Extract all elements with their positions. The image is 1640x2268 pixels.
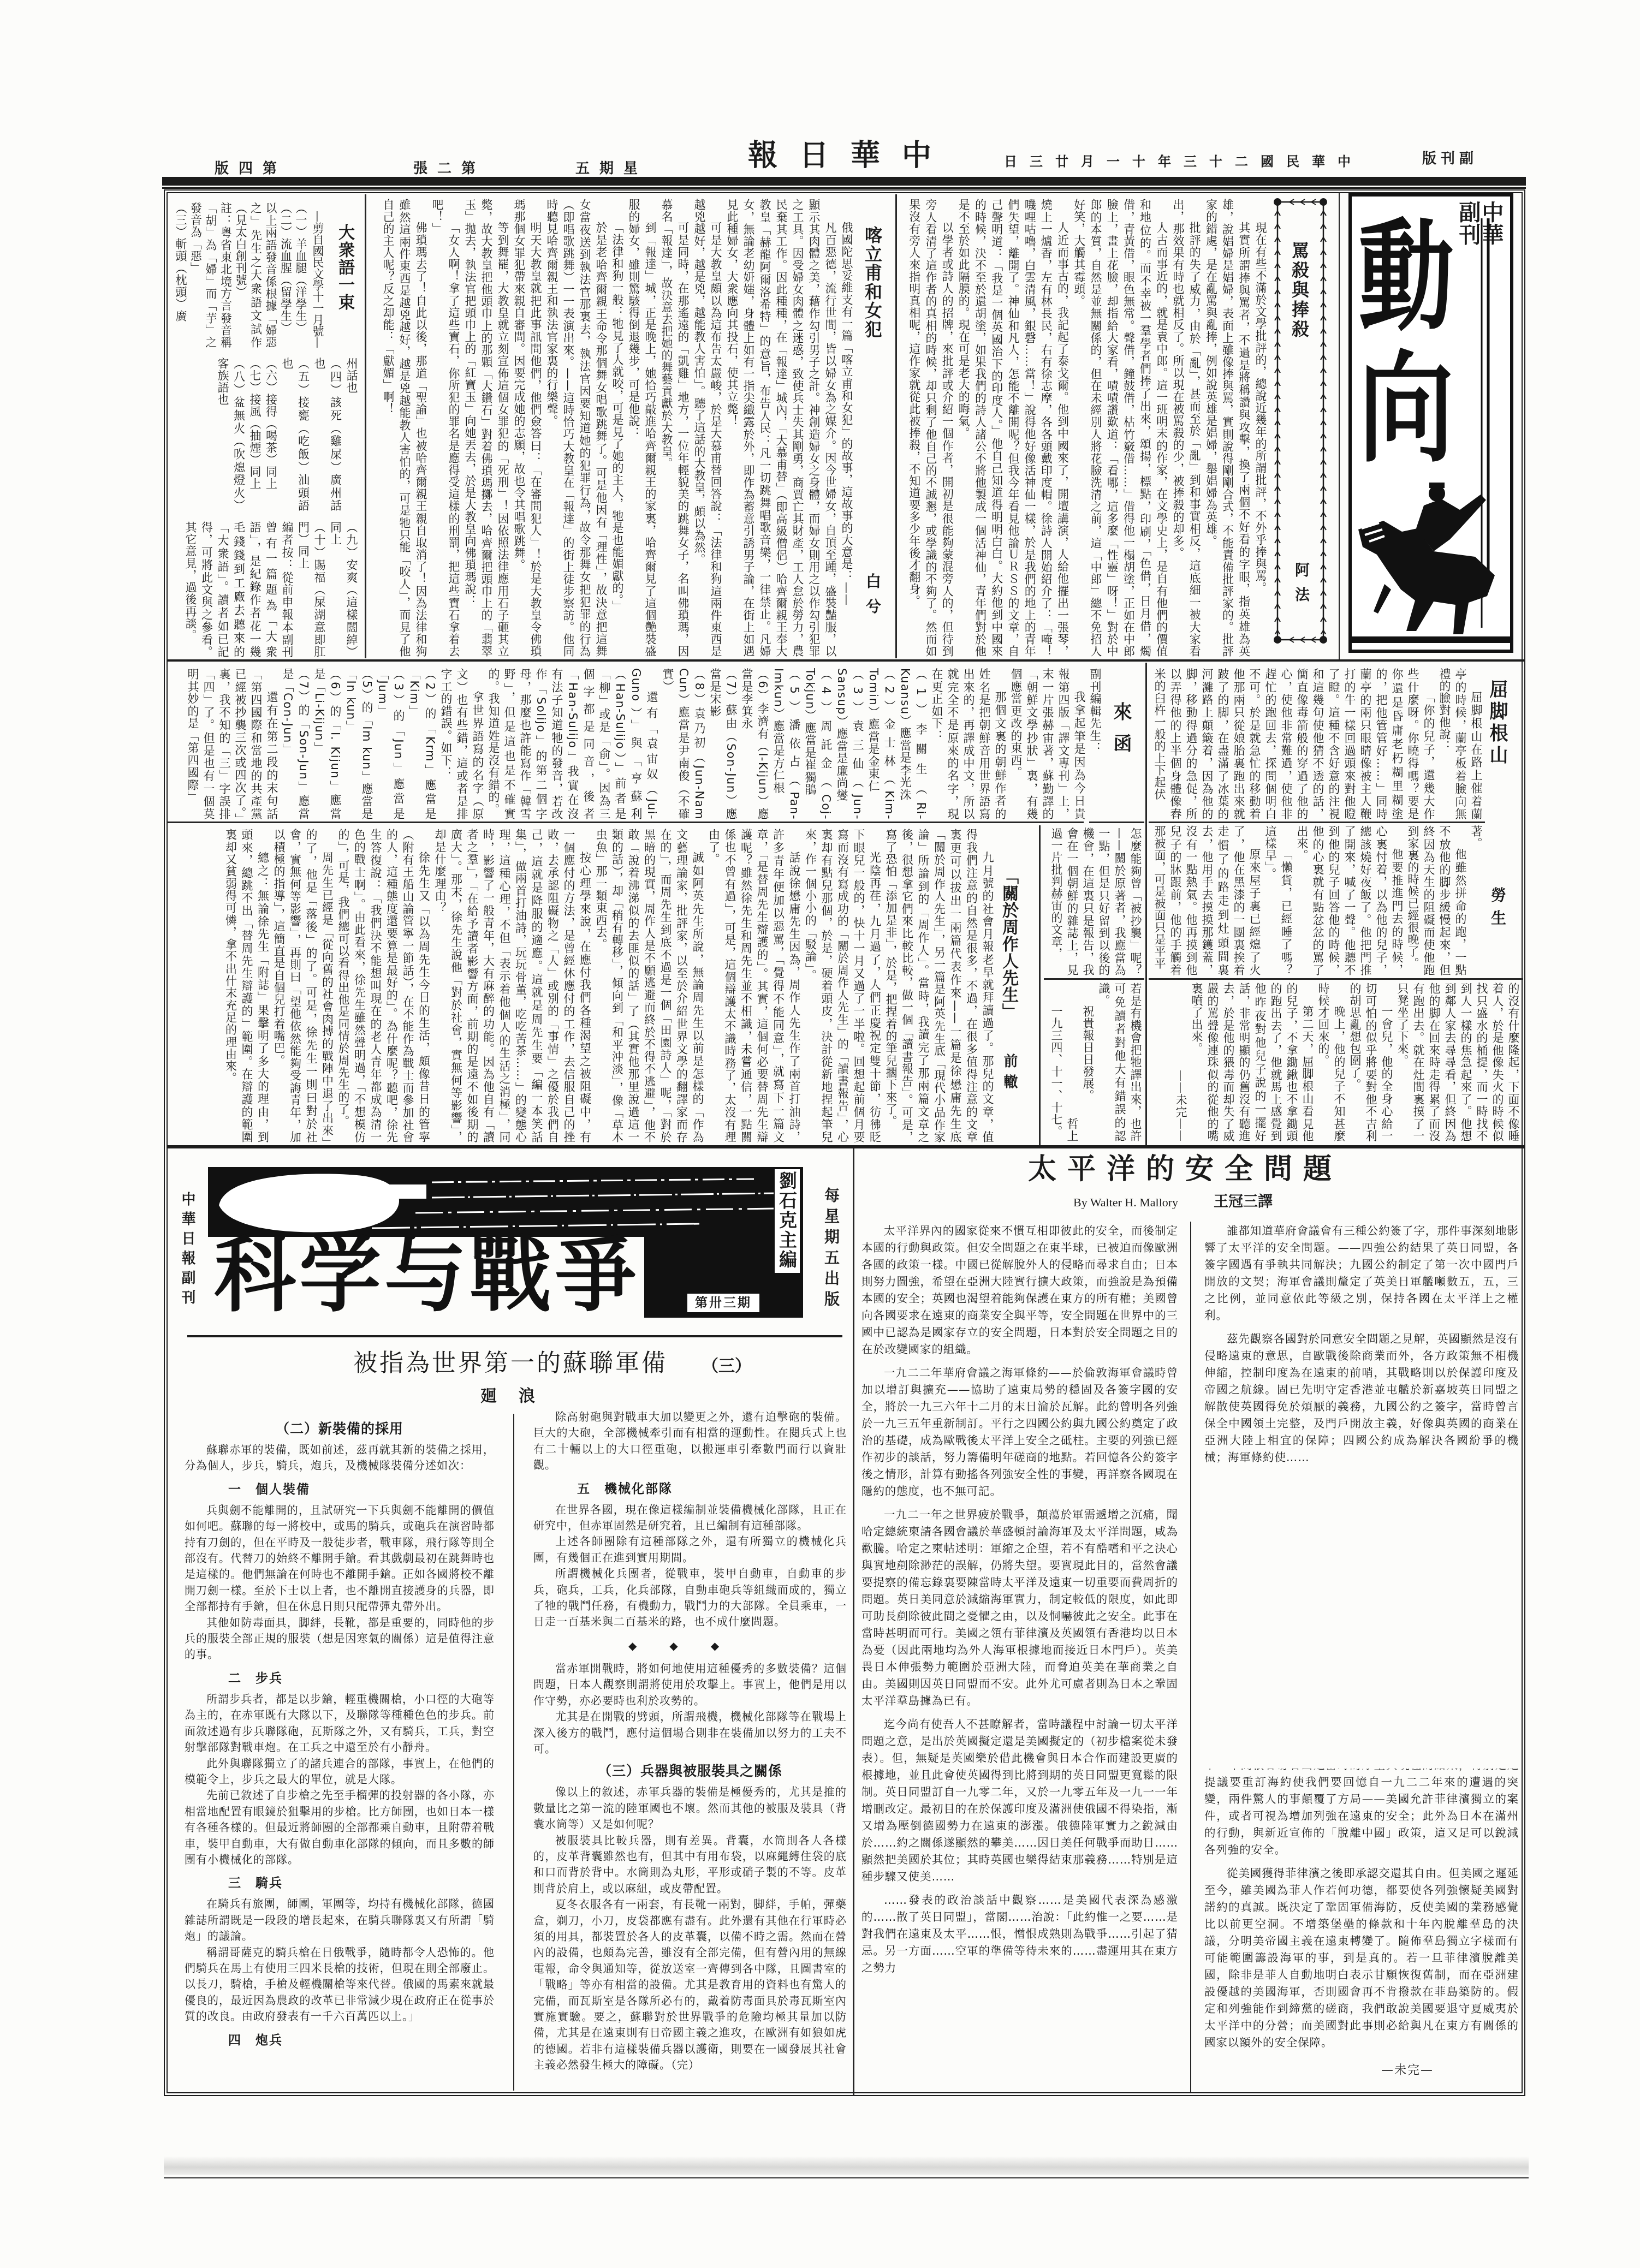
paragraph: 批評的失了威力，由於「亂」，甚而至於「亂」到和事實相反，這底細一被大家看出，那效…	[1170, 199, 1203, 657]
banner-rule	[187, 1335, 842, 1337]
letter-date: 一九三四、十一、十七。	[1048, 983, 1064, 1142]
article-part: （三）	[702, 1358, 751, 1374]
correction-item: （6）李濟有（I-Kijun）應當是李箕永	[739, 668, 770, 820]
column-divider	[1190, 1222, 1191, 2092]
paragraph: 屈脚根山在路上催着蘭亭的時候，蘭亭板着臉向無禮的臉對他說：	[1436, 668, 1484, 820]
paragraph: 在騎兵有旅團，師團，軍團等，均持有機械化部隊，德國雜誌所謂既是一段段的增長起來，…	[185, 1896, 495, 1944]
section-rule	[167, 822, 1084, 823]
article-title: 被指為世界第一的蘇聯軍備	[353, 1352, 668, 1376]
correction-item: （1）李關生（Ri-Kuansu）應當是李光洙	[897, 668, 929, 820]
paragraph: 蘇聯赤軍的裝備，既如前述，茲再就其新的裝備之採用，分為個人，步兵，騎兵，炮兵，及…	[185, 1442, 495, 1474]
paragraph: 光陰再荏，九月過了，人們正慶祝定雙十節，彷彿眨下眼兒一般的，快十一月又過了一半啦…	[802, 829, 883, 1143]
paragraph: 那個文裏的朝鮮作者的姓名是把朝鮮音用世界語寫出來的，再譯成中文，所以就完全不是原…	[929, 668, 1008, 820]
paragraph: 原來屋子裏已經熄了火了，他在黑漆的一團裏挨着走慣了的路走到灶頭間裏去，他用手去摸…	[1151, 825, 1262, 976]
publication-schedule: 每星期五出版	[823, 1187, 839, 1312]
article-column-2-top: 誰都知道華府會議會有三種公約簽了字，那件事深刻地影響了太平洋的安全問題。——四強…	[1204, 1223, 1519, 1561]
article-author: 勞生	[1490, 887, 1505, 933]
paragraph: 徐先生又「以為周先生今日的生活，頗像昔日的管寧（附有王船山論管寧一節話），在不能…	[335, 829, 432, 1143]
horse-rider-icon	[1352, 202, 1510, 650]
paragraph: 第二天，屈脚根山看見他的兒子，不拿鋤鍬也不拿鋤頭的跑出去了，他就馬上感覺到他昨夜…	[1189, 983, 1315, 1142]
paragraph: 夏冬衣服各有一兩套，有長靴一兩對，脚絆，手帕，彈藥盒，剃刀，小刀，皮袋都應有盡有…	[533, 1897, 847, 2073]
paragraph: 像以上的敘述，赤軍兵器的裝備是極優秀的，尤其是推的數量比之第一流的陸軍國也不壞。…	[533, 1784, 847, 1832]
correction-item: （4）周託金（Coj-Tokjun）應當是崔獨鵑	[802, 668, 834, 820]
subsection-heading: 四 炮兵	[185, 2031, 495, 2050]
article-body-tier-1: 屈脚根山在路上催着蘭亭的時候，蘭亭板着臉向無禮的臉對他說： 「你的兒子，還幾大作…	[1150, 668, 1484, 820]
paragraph: 先前已敘述了自步槍之先至手榴彈的投射器的各小隊，亦相當地配置有眼鏡於狙擊用的步槍…	[185, 1788, 495, 1868]
subsection-heading: 二 步兵	[185, 1669, 495, 1688]
list-item: （二）流血腥（留學生）	[278, 202, 293, 348]
correction-item: （2）金士林（Kim-Tomin）應當是金東仁	[865, 668, 897, 820]
editor-box: 劉石克主編	[774, 1168, 801, 1274]
paragraph: 周先生已經是「從向舊的社會肉搏的戰陣中退了出來」的了，他是「落後」的了。可是，徐…	[271, 829, 335, 1143]
header-thin-rule	[162, 187, 1526, 189]
column-divider	[1145, 663, 1147, 1146]
letter-body: 副刊編輯先生： 我拿起筆是因為今日貴報第四版「譯文專刊」上，末一片張赫宙著，蘇勤…	[168, 668, 1103, 820]
list-item: （五）接甕（吃飯）汕頭語也	[279, 358, 311, 511]
paragraph: 人近而事古的，我記起了泰戈爾。他到中國來了，開壇講演，人給他擺出一張琴，燒上一爐…	[955, 199, 1071, 657]
paragraph: 所謂機械化兵團者，從戰車，裝甲自動車，自動車的步兵，砲兵，工兵，化兵部隊，自動車…	[533, 1566, 847, 1630]
paragraph: 我拿起筆是因為今日貴報第四版「譯文專刊」上，末一片張赫宙著，蘇勤譯的「朝鮮文學抄…	[1008, 668, 1087, 820]
list-item: （一）羊血腿（洋學生）	[293, 202, 308, 348]
paragraph: 怎麼能夠曾「被抄襲」呢？——關於原著者，我應當為一點，但是只好留到以後的機會，在…	[1048, 828, 1143, 976]
salutation: 副刊編輯先生：	[1087, 668, 1103, 820]
supplement-title: 科学与戰爭	[214, 1235, 640, 1317]
paragraph: 其實所謂捧與罵者，不過是將稱讚與攻擊，換了兩個不好看的字眼，指英雄為英雄，說娼婦…	[1203, 199, 1252, 657]
article-author: 廻浪	[480, 1388, 557, 1404]
section-rule	[1044, 978, 1144, 980]
editor-note: 編者按：從前申報本副刊曾有一篇題為「大衆語」，是紀錄作者花一幾毛錢錢到工廠去聽來…	[182, 521, 295, 658]
paragraph: ……發表的政治談話中觀察……是美國代表深為感激的……散了英日同盟」，當閣……治說…	[861, 1892, 1178, 1977]
article-title: 太平洋的安全問題	[1028, 1155, 1342, 1183]
section-heading: （二）新裝備的採用	[185, 1418, 495, 1440]
column-divider	[1339, 192, 1340, 659]
editor-name: 劉石克主編	[775, 1171, 799, 1270]
article-column-2-bottom: 等到看見了所得的安全勝過所受的犧牲，則莫不待言，迄近十二年間很容易看出她當時的厚…	[1204, 1769, 1519, 2058]
paragraph: 稱謂哥薩克的騎兵槍在日俄戰爭，隨時都令人恐怖的。他們騎兵在馬上有使用三四米長槍的…	[185, 1945, 495, 2025]
letter-closing: 若是有機會把牠譯出來，也許可免讀者對他大有錯誤的認識。 祝貴報日日發展。 哲上 …	[1044, 983, 1143, 1142]
paragraph: 他雖然拼命的跑，一點不放他的脚步緩慢起來，但終因為天生的阻礙而使他跑到家裏的時候…	[1405, 825, 1468, 976]
paragraph: 可是同時，在那遙遠的「凱雞」地方，一位年輕貌美的跳舞女子，名叫佛瑣瑪，因慕名「報…	[658, 199, 691, 657]
paragraph: 明天大教皇就把此事訊問他們，他們僉答曰：「在審問犯人」！於是大教皇令佛瑣瑪那個女…	[511, 199, 544, 657]
issue-number: 第卅三期	[687, 1294, 759, 1312]
correction-item: （5）的「Im kun」應當是「In kun」	[343, 668, 375, 820]
list-item: （三）斬頭（枕頭）廣	[173, 202, 188, 348]
column-divider	[895, 194, 897, 658]
list-item: （四）該死（雞屎）廣州話也	[311, 358, 343, 511]
paragraph: 還有在第二段的末句話「第四國際和當地的共產黨已經被抄襲三次或四次了。」裏，我不知…	[185, 668, 280, 820]
paragraph: 還有「袁宙奴（Jui-Guno）」與「亨蘇利（Han-Sulijo）」前者是「柳…	[485, 668, 659, 820]
paragraph: 佛瑣瑪去了！自此以後，那道「聖諭」也被哈齊爾親王親自取消了！因為法律和狗雖然這兩…	[380, 199, 429, 657]
paragraph: 一會兒，他的全身心給一切可怕的似乎將要對他不吉利的胡思亂想包圍了。	[1347, 983, 1394, 1142]
paragraph: 迄今尚有使吾人不甚瞭解者，當時議程中討論一切太平洋問題之意，是出於英國擬定還是美…	[861, 1716, 1178, 1885]
letter-continuation: 怎麼能夠曾「被抄襲」呢？——關於原著者，我應當為一點，但是只好留到以後的機會，在…	[1044, 828, 1143, 976]
paragraph: 尤其是在開戰的劈頭，所謂飛機，機械化部隊等在戰場上深入後方的戰鬥，應付這個場合則…	[533, 1709, 847, 1757]
header-thick-rule	[162, 177, 1526, 186]
paragraph: 一九二一年之世界疲於戰爭，顛蕩於軍需遞增之沉痛，聞哈定總統柬請各國會議於華盛頓討…	[861, 1507, 1178, 1710]
article-title: 「關於周作人先生」	[1000, 868, 1017, 1020]
paragraph: 上述各師團除有這種部隊之外，還有所獨立的機械化兵團，有幾個正在進到實用期間。	[533, 1534, 847, 1566]
paragraph: 可是大教皇頗以為這布告太嚴峻，於是大慕甫替回答說：「法律和狗這兩件東西是越兇越好…	[691, 199, 724, 657]
list-item: （六）接得（喝茶）同上	[263, 358, 279, 511]
list-item: （九）安爽（這樣闊綽）同上	[327, 521, 359, 658]
paragraph: 若是有機會把牠譯出來，也許可免讀者對他大有錯誤的認識。	[1096, 983, 1143, 1142]
paragraph: 當赤軍開戰時，將如何地使用這種優秀的多數裝備？這個問題，日本人觀察則謂將使用於攻…	[533, 1661, 847, 1709]
diamond-ornament-icon: ◆◆◆	[533, 1630, 847, 1661]
paragraph: 俄國陀思妥維支有一篇「喀立甫和女犯」的故事，這故事的大意是：——	[839, 199, 855, 657]
airship-icon	[208, 1167, 803, 1237]
translator: 王冠三譯	[1214, 1194, 1273, 1209]
issue-date: 中華民國二十三年十一月廿三日	[1004, 155, 1363, 168]
article-title: 喀立甫和女犯	[864, 226, 881, 339]
paragraph: 拿世界語寫的名字（原文）也有些錯，這或者是排字工的錯誤。如下：	[438, 668, 485, 820]
paragraph: 一九二二年華府會議之海軍條約——於倫敦海軍會議時曾加以增訂與擴充——協助了遠東局…	[861, 1365, 1178, 1500]
list-item: （八）盆無火（吹熄燈火）客族語也	[215, 358, 247, 511]
paragraph: 「法律和狗一般：牠見了人就咬，可是見了她的主人，牠是也能媚獻的。」	[609, 199, 626, 657]
paragraph: 的沒有什麼隆起，下面不像睡着人，於是他像失火的時候似找只盛水的桶提，而一時找不到…	[1394, 983, 1521, 1142]
correction-item: （7）的「Son-Jun」應當是「Con-Jun」	[280, 668, 311, 820]
paragraph: 兵與劍不能離開的，且試研究一下兵與劍不能離開的價值如何吧。蘇聯的每一將校中，或馬…	[185, 1503, 495, 1615]
article-body: 俄國陀思妥維支有一篇「喀立甫和女犯」的故事，這故事的大意是：—— 凡百惡德，流行…	[377, 199, 855, 657]
paragraph: 此外與聯隊獨立了的諸兵連合的部隊，事實上，在他們的模範令上，步兵之最大的單位，就…	[185, 1756, 495, 1788]
paragraph: 誰都知道華府會議會有三種公約簽了字，那件事深刻地影響了太平洋的安全問題。——四強…	[1204, 1223, 1519, 1324]
article-body: 現在有些不滿於文學批評的，總說近幾年的所謂批評，不外乎捧與罵。 其實所謂捧與罵者…	[902, 199, 1269, 657]
article-title: 罵殺與捧殺	[1291, 241, 1308, 340]
page-number: 第四版	[215, 162, 287, 176]
list-tier-3: （九）安爽（這樣闊綽）同上 （十）賜福（屎湖意即肛門）同上 編者按：從前申報本副…	[169, 521, 359, 658]
paragraph: 被服裝具比較兵器，則有差異。背囊，水筒則各人各樣的，皮革背囊雖然也有，但其中有用…	[533, 1833, 847, 1897]
supplement-masthead: 中華副刊 動 向	[1348, 193, 1513, 653]
section-rule	[1089, 822, 1144, 823]
article-title: 來函	[1112, 702, 1130, 765]
subsection-heading: 三 騎兵	[185, 1873, 495, 1893]
correction-item: （7）蘇由（Son-Jun）應當是宋影	[707, 668, 739, 820]
article-body-tier-3: 的沒有什麼隆起，下面不像睡着人，於是他像失火的時候似找只盛水的桶提，而一時找不到…	[1150, 983, 1521, 1142]
paragraph: 話說徐懋庸先生因為，周作人先生作了兩首打油詩，許多青年便加以惡罵，「覺得不能同意…	[705, 829, 802, 1143]
article-column-1: 太平洋界內的國家從來不慣互相即彼此的安全，而後制定本國的行動與政策。但安全問題之…	[861, 1223, 1178, 2091]
subsection-heading: 一 個人裝備	[185, 1480, 495, 1499]
paragraph: 著。	[1468, 825, 1484, 976]
scan-edge-shadow	[164, 2156, 1529, 2175]
paragraph: 在世界各國，現在像這樣編制並裝備機械化部隊，且正在研究中，但赤軍固然是研究着，且…	[533, 1502, 847, 1534]
paragraph: 所謂步兵者，都是以步鎗，輕重機關槍，小口徑的大砲等為主的，在赤軍既有大隊以下，及…	[185, 1692, 495, 1756]
paragraph: 凡百惡德，流行世間，皆以婦女為之媒介。因今世婦女，自頂至踵，盛裝豔服，以顯示其肉…	[724, 199, 839, 657]
section-rule	[1149, 822, 1485, 823]
article-column-2: 除高射砲與對戰車大加以變更之外，還有迫擊砲的裝備。巨大的大砲，全部機械牽引而有相…	[533, 1409, 847, 2091]
paragraph: 晚上，他的兒子不知甚麼時候才回來的。	[1315, 983, 1347, 1142]
correction-item: （3）袁三仙（Jun-Sansup）應當是廉尚燮	[834, 668, 865, 820]
paragraph: 「懶貨，已經睡了嗎？這樣早」。	[1262, 825, 1294, 976]
paragraph: 人古而事近的，就是袁中郎。這一班明末的作家，在文學史上，是自有他們的價值和地位的…	[1071, 199, 1170, 657]
paragraph: 「你的兒子，還幾大作些什麼呀。你曉得嗎？要是你還是昏庸老朽糊里糊塗的，把他管管好…	[1151, 668, 1436, 820]
continued-marker: ——未完——	[1173, 983, 1189, 1142]
weekday: 星期五	[575, 162, 647, 176]
paragraph: 等到看見了所得的安全勝過所受的犧牲，則莫不待言，迄近十二年間很容易看出她當時的厚…	[1204, 1769, 1519, 1859]
article-body-tier-2: 著。 他雖然拼命的跑，一點不放他的脚步緩慢起來，但終因為天生的阻礙而使他跑到家裏…	[1150, 825, 1484, 976]
article-title: 屈脚根山	[1488, 680, 1506, 767]
column-divider	[365, 194, 366, 658]
paragraph: 「女人啊！拿了這些寶石，你所犯的罪名是應得受這樣的刑罰，把這些寶石拿着去吧！」	[429, 199, 462, 657]
paragraph: 到「報達」城，正是晚上，她恰巧敲進哈齊爾親王的家裏，哈齊爾見了這個艷裝盛服的婦女…	[626, 199, 658, 657]
list-item: （十）賜福（屎湖意即肛門）同上	[295, 521, 327, 658]
column-divider	[1039, 825, 1041, 1146]
correction-item: （3）的「Jun」應當是「Jum」	[375, 668, 406, 820]
section-heading: （三）兵器與被服裝具之關係	[533, 1760, 847, 1782]
closing-wish: 祝貴報日日發展。	[1080, 983, 1096, 1142]
scan-edge-line	[164, 2177, 1529, 2178]
section-rule	[167, 1145, 1524, 1148]
correction-item: （2）的「Krm」應當是「Kim」	[406, 668, 438, 820]
column-divider	[853, 1148, 854, 2096]
correction-item: （5）潘依占（Pan-Imkun）應當是方仁根	[770, 668, 802, 820]
list-item: 州話也	[343, 358, 360, 511]
paragraph: 以學者或詩人的招牌，來批評或介紹一個作者，開初是很能夠蒙混旁人的，但待到旁人看清…	[906, 199, 956, 657]
article-title: 大衆語一束	[336, 224, 353, 311]
sheet-number: 第二張	[413, 162, 485, 176]
edition-label: 副刊版	[1422, 152, 1478, 166]
paragraph: 現在有些不滿於文學批評的，總說近幾年的所謂批評，不外乎捧與罵。	[1252, 199, 1269, 657]
correction-item: （6）的「I. Kijun」應當是「Li-Kijun」	[311, 668, 343, 820]
paragraph: 太平洋界內的國家從來不慣互相即彼此的安全，而後制定本國的行動與政策。但安全問題之…	[861, 1223, 1178, 1358]
list-note: 註：粵省東北境方言發音稱「胡」為「婦」而「芋」之發音為「惡」	[188, 202, 233, 348]
column-divider	[513, 1414, 514, 2091]
article-author: 前轍	[1002, 1053, 1017, 1095]
continued-marker: —未完—	[1381, 2064, 1434, 2076]
paragraph: 九月號的社會月報老早就拜讀過了。那兒的文章，值得我們注意的自然是很多，不過，在很…	[883, 829, 996, 1143]
paragraph: 按心理學來說，在應付我們各種渴望之被阻礙中，有一個應付的方法，是曾經休應付的工作…	[432, 829, 593, 1143]
article-body: 九月號的社會月報老早就拜讀過了。那兒的文章，值得我們注意的自然是很多，不過，在很…	[168, 829, 995, 1143]
list-item: （七）接風（抽煙）同上	[247, 358, 263, 511]
supplement-side-label: 中華日報副刊	[180, 1192, 194, 1309]
list-note: 以上兩語發音係根據「婦惡之」先生之大衆語文試作（見太白創刊號）	[233, 202, 278, 348]
paragraph: 除高射砲與對戰車大加以變更之外，還有迫擊砲的裝備。巨大的大砲，全部機械牽引而有相…	[533, 1409, 847, 1474]
article-author: 阿法	[1293, 562, 1308, 611]
paragraph: 等到舞罷，大教皇就立刻宣佈這個女罪犯的「死刑」！因依照法律應用石子砸其立斃，故大…	[462, 199, 511, 657]
paragraph: 茲先觀察各國對於同意安全問題之見解，英國顯然是沒有侵略遠東的意思，自歐戰後除商業…	[1204, 1331, 1519, 1466]
paragraph: 誠如阿英先生所說，無論周先生以前是怎樣的「作為文藝理論家，批評家，以至於介紹世界…	[593, 829, 706, 1143]
list-tier-2: 州話也 （四）該死（雞屎）廣州話也 （五）接甕（吃飯）汕頭語也 （六）接得（喝茶…	[169, 358, 359, 511]
original-author: By Walter H. Mallory	[1073, 1196, 1178, 1209]
paragraph: 總之：無論徐先生「附誌」果擊明了多大的理由，到頭來，總跳不出「替周先生辯護的」範…	[222, 829, 271, 1143]
article-column-1: （二）新裝備的採用 蘇聯赤軍的裝備，既如前述，茲再就其新的裝備之採用，分為個人，…	[185, 1415, 495, 2091]
paragraph: 其他如防毒面具，脚絆，長靴，都是重要的，同時他的步兵的服裝全部正規的服裝（想是因…	[185, 1615, 495, 1663]
paragraph: 於是老哈齊爾親王命令那個舞女唱歌跳舞了。可是他因有「理性」，故決意把這舞女當夜送…	[544, 199, 609, 657]
section-rule	[1149, 978, 1523, 980]
section-rule	[167, 659, 1524, 662]
signature: 哲上	[1064, 983, 1080, 1142]
list-tier-1: （一）羊血腿（洋學生） （二）流血腥（留學生） 以上兩語發音係根據「婦惡之」先生…	[169, 202, 308, 348]
correction-item: （8）袁乃初（Jun-Nam Cun）應當是尹南俊（不確實）	[659, 668, 707, 820]
newspaper-name: 中華日報	[748, 141, 953, 170]
article-author: 白兮	[865, 573, 880, 623]
article-subtitle: —剪自國民文學十一月號—	[312, 211, 323, 348]
subsection-heading: 五 機械化部隊	[533, 1479, 847, 1499]
paragraph: 他要推進門去的時候，心裏忖着，以為他的兒子，總該燒好夜飯了。他把門推了開來，喊了…	[1294, 825, 1405, 976]
paragraph: 從美國獲得菲律濱之後即承認交還其自由。但美國之遲延至今，雖美國為菲人作若何功德，…	[1204, 1865, 1519, 2051]
